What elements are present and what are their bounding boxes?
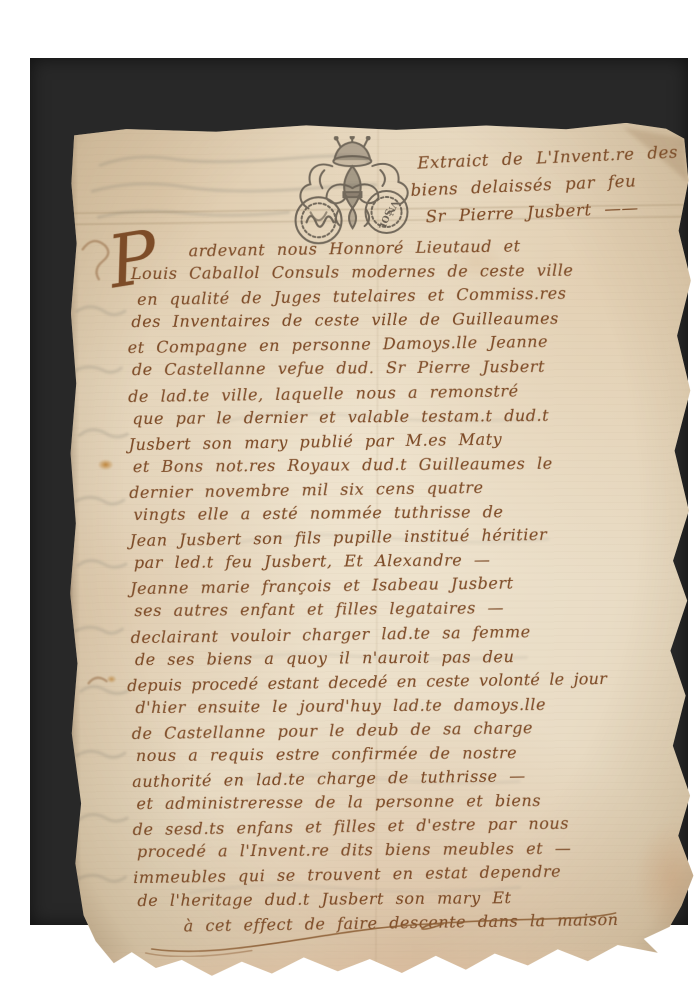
rust-stain-small bbox=[107, 675, 117, 683]
stamp-medallion-text-top: VN bbox=[384, 198, 399, 217]
manuscript-page: VN SOL Extraict de L'Invent.re des biens… bbox=[66, 121, 698, 982]
manuscript-body-text: ardevant nous Honnoré Lieutaud et Louis … bbox=[127, 233, 694, 938]
photo-backdrop: VN SOL Extraict de L'Invent.re des biens… bbox=[30, 58, 688, 925]
rust-stain bbox=[98, 459, 114, 470]
extract-heading: Extraict de L'Invent.re des biens delais… bbox=[417, 137, 700, 231]
photograph-of-manuscript: VN SOL Extraict de L'Invent.re des biens… bbox=[0, 0, 700, 990]
stamp-medallion-text-bottom: SOL bbox=[376, 207, 393, 231]
crown-band bbox=[333, 156, 371, 166]
